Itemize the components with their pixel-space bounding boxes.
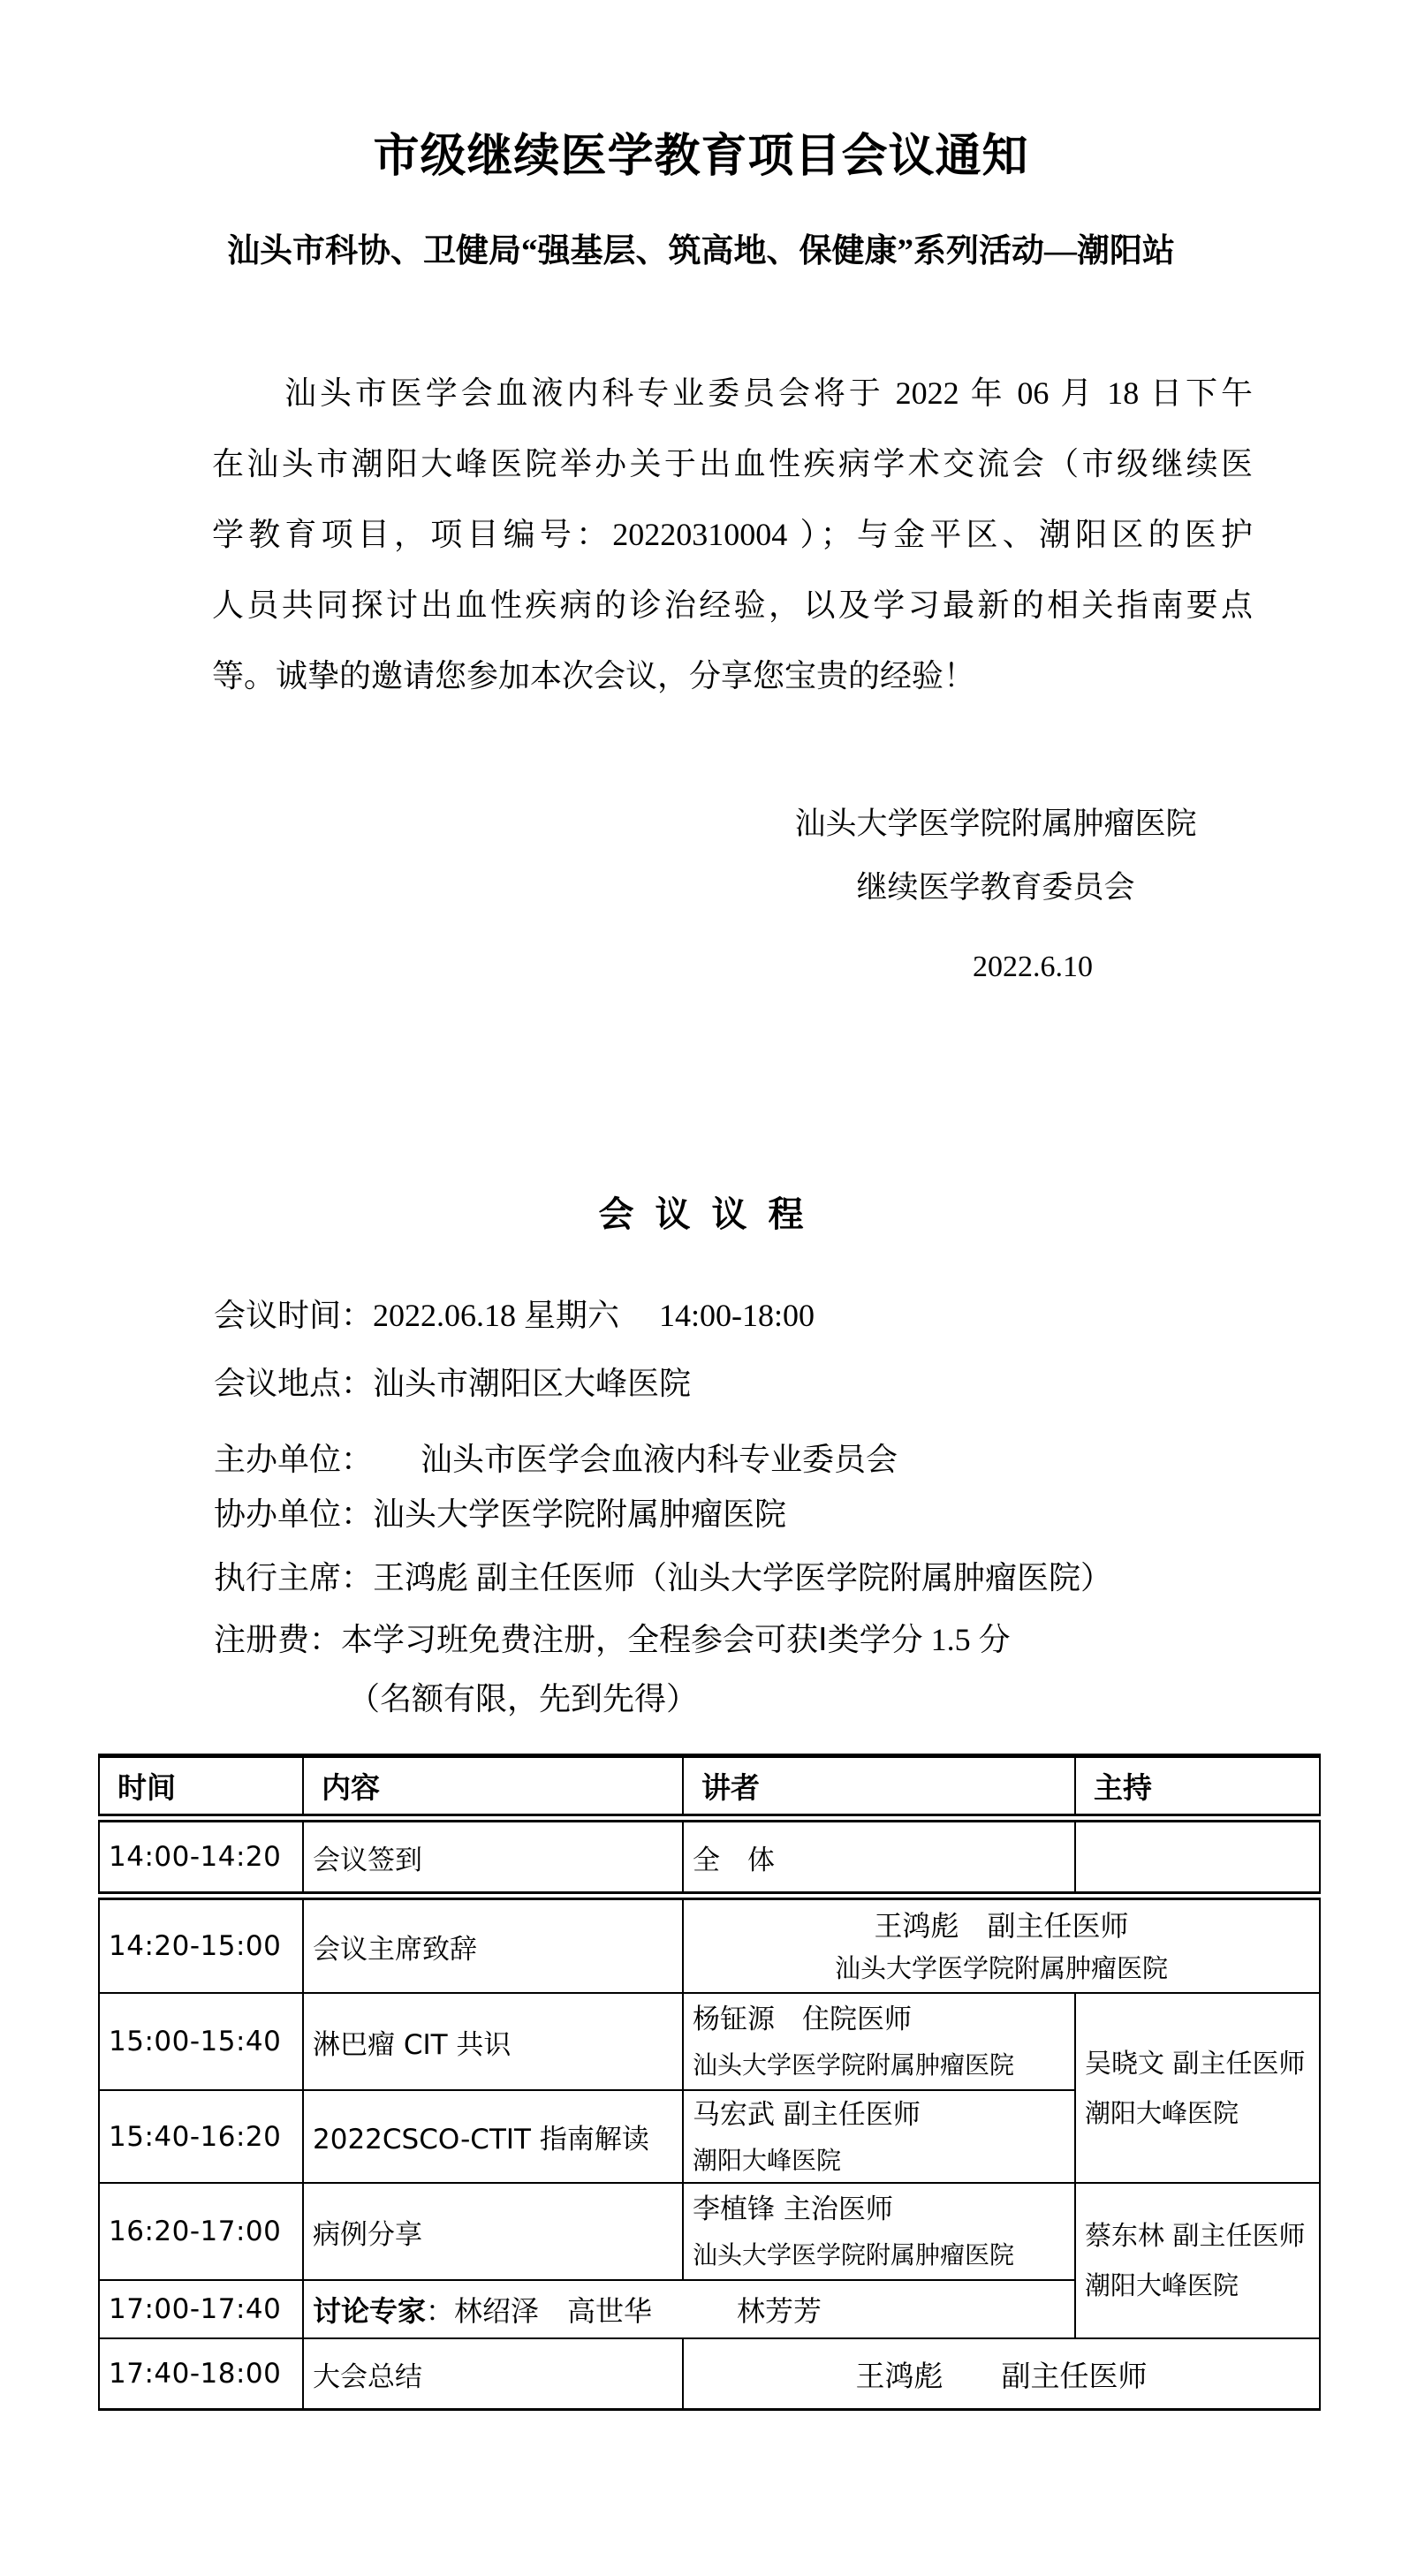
table-row: 14:00-14:20 会议签到 全 体	[99, 1818, 1320, 1896]
intro-line: 汕头市医学会血液内科专业委员会将于 2022 年 06 月 18 日下午	[212, 358, 1253, 428]
time-cell: 16:20-17:00	[99, 2183, 303, 2280]
speaker-name: 杨钲源 住院医师	[693, 2001, 1065, 2038]
info-line-meeting-time: 会议时间：2022.06.18 星期六 14:00-18:00	[214, 1293, 1287, 1337]
host-cell: 蔡东林 副主任医师 潮阳大峰医院	[1075, 2183, 1320, 2338]
signature-block: 汕头大学医学院附属肿瘤医院 继续医学教育委员会 2022.6.10	[748, 792, 1243, 999]
info-line-executive-chair: 执行主席：王鸿彪 副主任医师（汕头大学医学院附属肿瘤医院）	[214, 1556, 1287, 1600]
info-line-quota-note: （名额有限，先到先得）	[214, 1677, 1287, 1721]
table-header-row: 时间 内容 讲者 主持	[99, 1755, 1320, 1818]
time-cell: 15:40-16:20	[99, 2090, 303, 2183]
speaker-org: 潮阳大峰医院	[693, 2144, 1065, 2178]
meeting-info-block: 会议时间：2022.06.18 星期六 14:00-18:00 会议地点：汕头市…	[214, 1293, 1287, 1721]
time-cell: 14:20-15:00	[99, 1896, 303, 1993]
time-cell: 17:40-18:00	[99, 2338, 303, 2409]
speaker-cell: 马宏武 副主任医师 潮阳大峰医院	[683, 2090, 1075, 2183]
content-cell: 2022CSCO-CTIT 指南解读	[303, 2090, 683, 2183]
speaker-host-merged-cell: 王鸿彪 副主任医师 汕头大学医学院附属肿瘤医院	[683, 1896, 1320, 1993]
content-cell: 病例分享	[303, 2183, 683, 2280]
host-cell	[1075, 1818, 1320, 1896]
col-header-host: 主持	[1075, 1755, 1320, 1818]
content-cell: 淋巴瘤 CIT 共识	[303, 1993, 683, 2090]
table-row: 15:00-15:40 淋巴瘤 CIT 共识 杨钲源 住院医师 汕头大学医学院附…	[99, 1993, 1320, 2090]
col-header-speaker: 讲者	[683, 1755, 1075, 1818]
discussion-label: 讨论专家	[313, 2294, 426, 2328]
col-header-time: 时间	[99, 1755, 303, 1818]
host-name: 吴晓文 副主任医师	[1085, 2046, 1310, 2083]
speaker-cell: 李植锋 主治医师 汕头大学医学院附属肿瘤医院	[683, 2183, 1075, 2280]
signature-date: 2022.6.10	[748, 936, 1243, 999]
host-name: 蔡东林 副主任医师	[1085, 2218, 1310, 2255]
speaker-org: 汕头大学医学院附属肿瘤医院	[693, 2049, 1065, 2082]
speaker-org: 汕头大学医学院附属肿瘤医院	[693, 1952, 1310, 1986]
speaker-cell: 全 体	[683, 1818, 1075, 1896]
signature-org-line2: 继续医学教育委员会	[748, 856, 1243, 920]
time-cell: 14:00-14:20	[99, 1818, 303, 1896]
discussion-cell: 讨论专家：林绍泽 高世华 林芳芳	[303, 2280, 1075, 2338]
col-header-content: 内容	[303, 1755, 683, 1818]
speaker-name: 李植锋 主治医师	[693, 2191, 1065, 2228]
agenda-table: 时间 内容 讲者 主持 14:00-14:20 会议签到 全 体 14:20-1…	[98, 1754, 1321, 2411]
intro-line: 学教育项目，项目编号：20220310004 ）；与金平区、潮阳区的医护	[212, 499, 1253, 570]
info-line-co-organizer: 协办单位：汕头大学医学院附属肿瘤医院	[214, 1492, 1287, 1536]
host-org: 潮阳大峰医院	[1085, 2268, 1310, 2303]
time-cell: 15:00-15:40	[99, 1993, 303, 2090]
content-cell: 会议签到	[303, 1818, 683, 1896]
table-row: 17:40-18:00 大会总结 王鸿彪 副主任医师	[99, 2338, 1320, 2409]
time-cell: 17:00-17:40	[99, 2280, 303, 2338]
content-cell: 大会总结	[303, 2338, 683, 2409]
speaker-name: 王鸿彪 副主任医师	[693, 1906, 1310, 1945]
host-cell: 吴晓文 副主任医师 潮阳大峰医院	[1075, 1993, 1320, 2183]
info-line-organizer: 主办单位： 汕头市医学会血液内科专业委员会	[214, 1437, 1287, 1481]
signature-org-line1: 汕头大学医学院附属肿瘤医院	[748, 792, 1243, 856]
intro-line: 人员共同探讨出血性疾病的诊治经验，以及学习最新的相关指南要点	[212, 570, 1253, 640]
speaker-cell: 杨钲源 住院医师 汕头大学医学院附属肿瘤医院	[683, 1993, 1075, 2090]
agenda-heading: 会 议 议 程	[0, 1193, 1402, 1236]
table-row: 16:20-17:00 病例分享 李植锋 主治医师 汕头大学医学院附属肿瘤医院 …	[99, 2183, 1320, 2280]
speaker-name: 马宏武 副主任医师	[693, 2096, 1065, 2133]
info-line-registration-fee: 注册费：本学习班免费注册，全程参会可获Ⅰ类学分 1.5 分	[214, 1618, 1287, 1662]
speaker-org: 汕头大学医学院附属肿瘤医院	[693, 2239, 1065, 2272]
table-row: 14:20-15:00 会议主席致辞 王鸿彪 副主任医师 汕头大学医学院附属肿瘤…	[99, 1896, 1320, 1993]
intro-paragraph: 汕头市医学会血液内科专业委员会将于 2022 年 06 月 18 日下午 在汕头…	[212, 358, 1253, 711]
document-title: 市级继续医学教育项目会议通知	[0, 0, 1402, 184]
intro-line: 在汕头市潮阳大峰医院举办关于出血性疾病学术交流会（市级继续医	[212, 428, 1253, 499]
document-page: 市级继续医学教育项目会议通知 汕头市科协、卫健局“强基层、筑高地、保健康”系列活…	[0, 0, 1402, 2576]
info-line-meeting-location: 会议地点：汕头市潮阳区大峰医院	[214, 1361, 1287, 1405]
content-cell: 会议主席致辞	[303, 1896, 683, 1993]
discussion-experts: ：林绍泽 高世华 林芳芳	[426, 2295, 822, 2327]
summary-speaker-cell: 王鸿彪 副主任医师	[683, 2338, 1320, 2409]
document-subtitle: 汕头市科协、卫健局“强基层、筑高地、保健康”系列活动—潮阳站	[0, 232, 1402, 271]
intro-line: 等。诚挚的邀请您参加本次会议，分享您宝贵的经验！	[212, 640, 1253, 711]
host-org: 潮阳大峰医院	[1085, 2095, 1310, 2131]
